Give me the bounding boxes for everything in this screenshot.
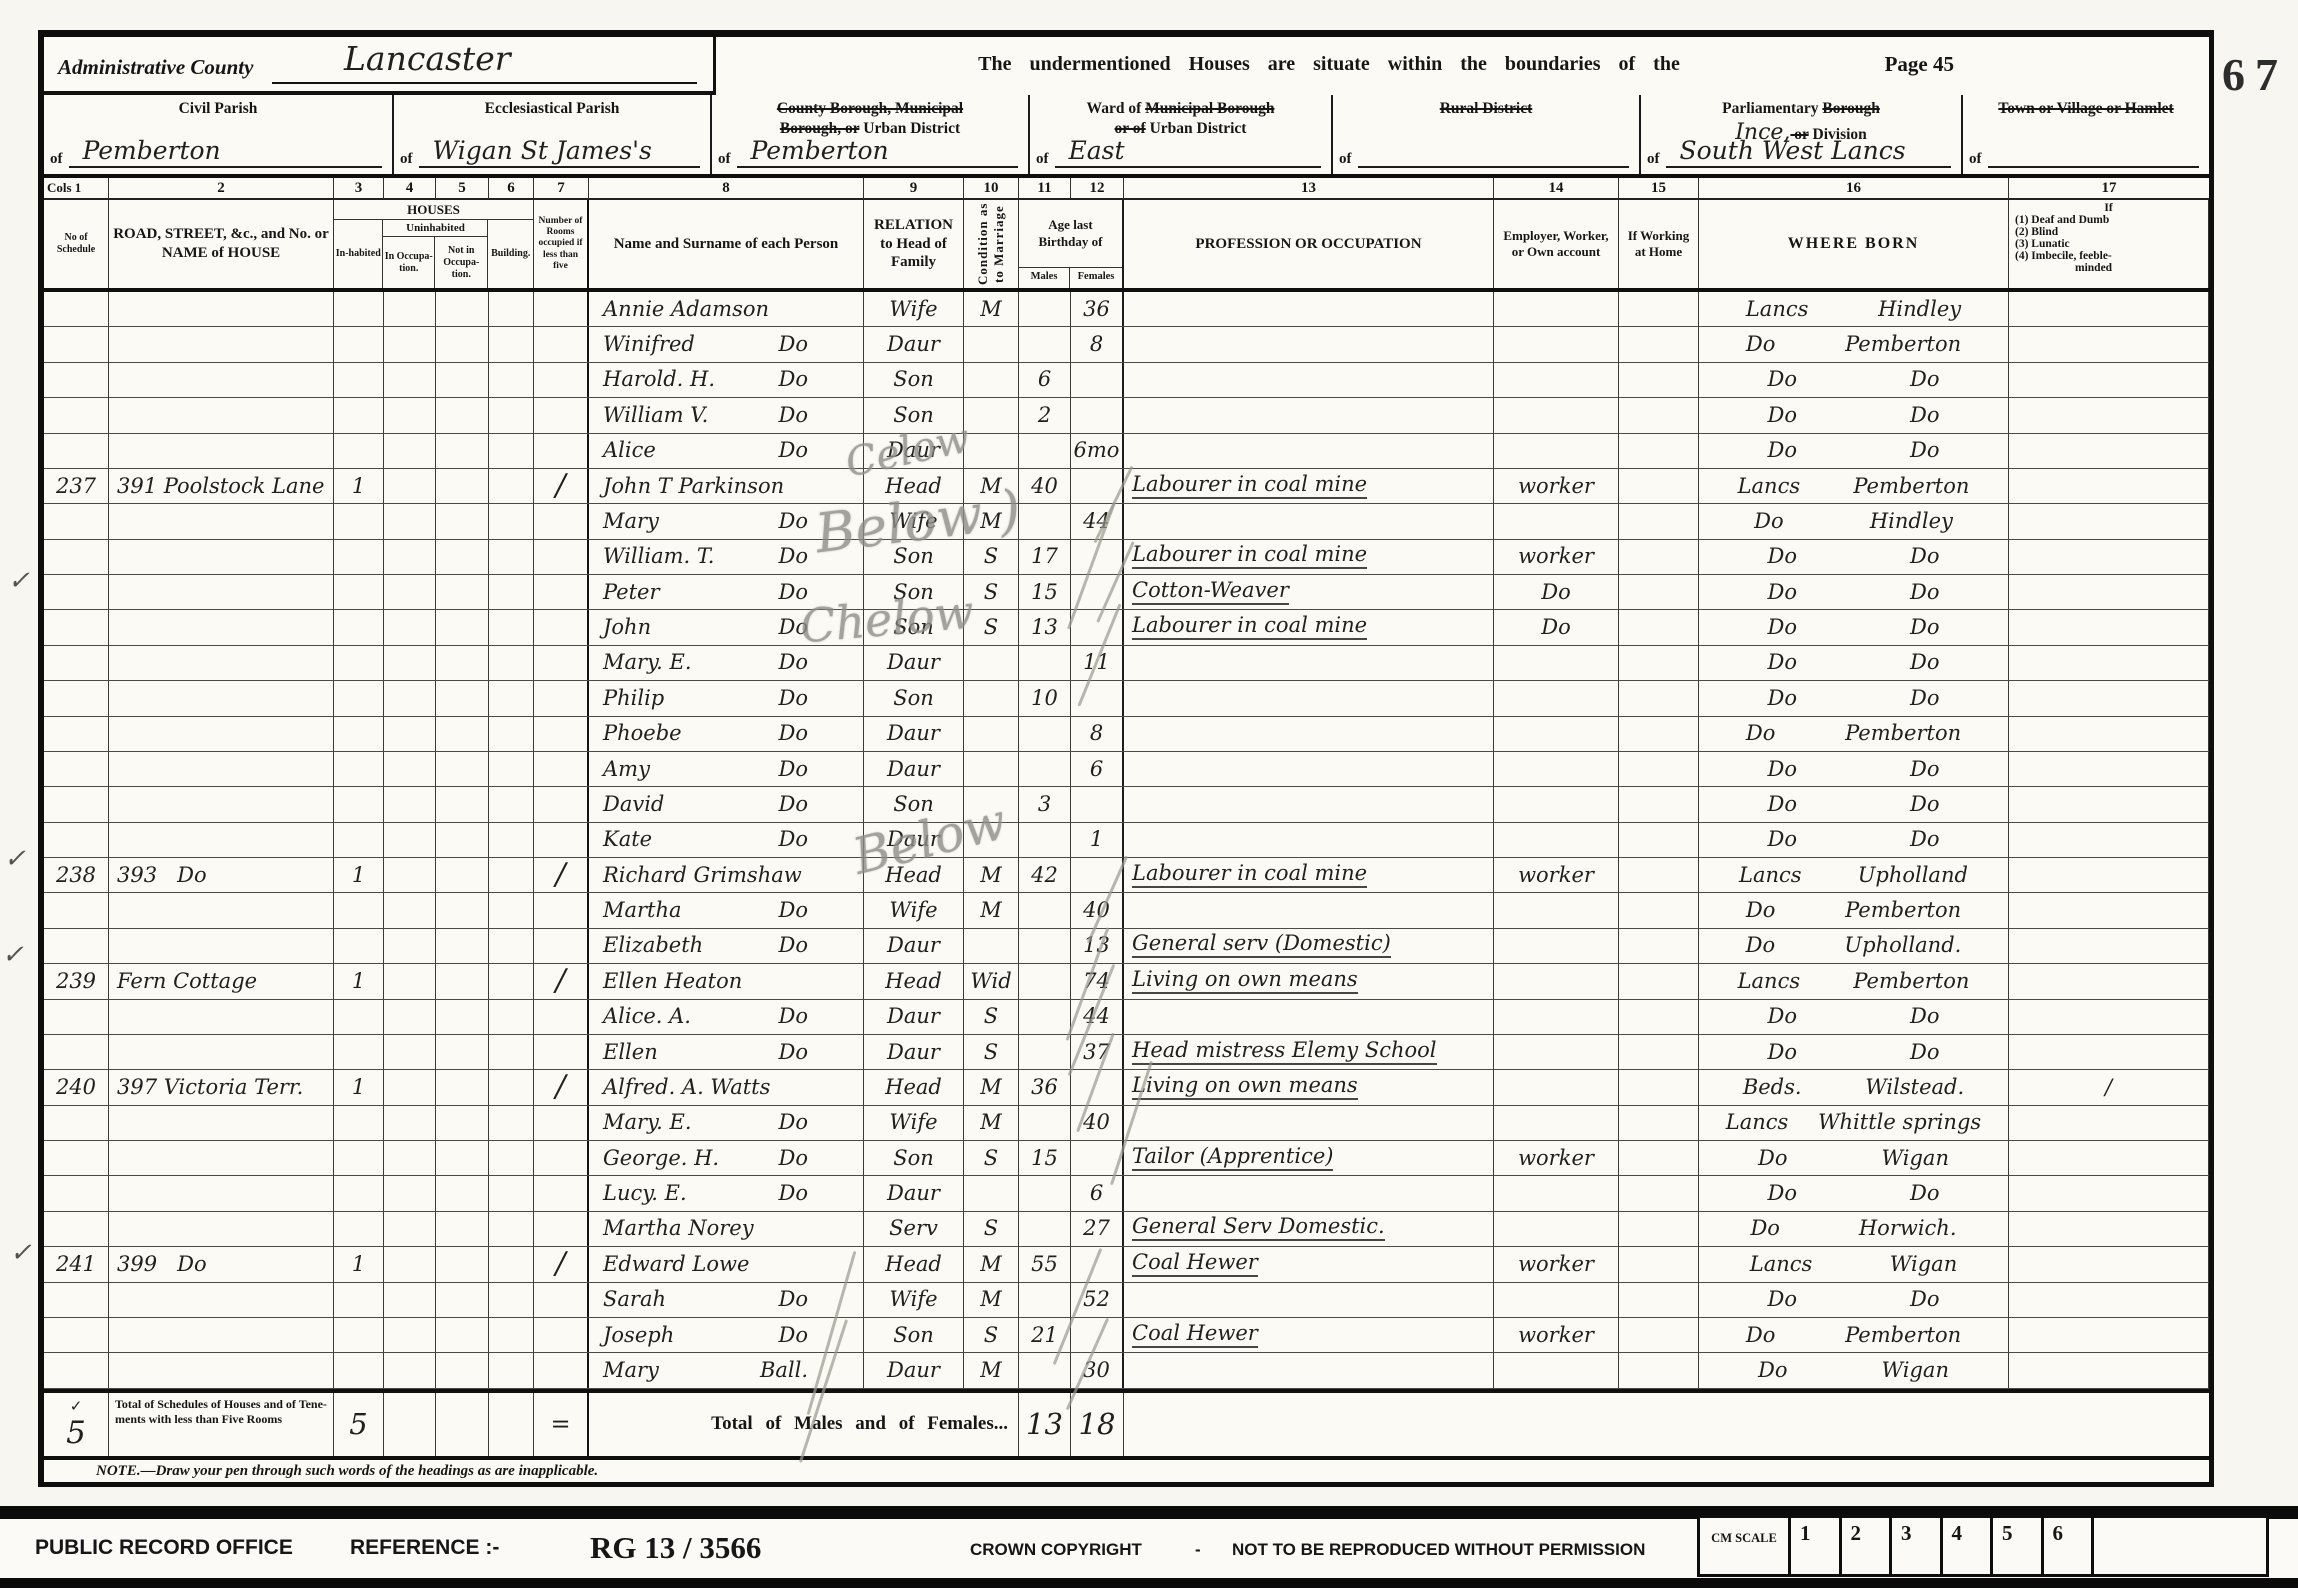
cell-where-born: DoWigan <box>1699 1353 2009 1387</box>
cell-inhabited <box>334 893 384 927</box>
cell-inhabited: 1 <box>334 964 384 998</box>
cell-building <box>489 1176 534 1210</box>
cell-age-female: 6 <box>1071 1176 1124 1210</box>
column-number: 10 <box>964 178 1019 198</box>
cell-building <box>489 434 534 468</box>
cell-condition: S <box>964 1000 1019 1034</box>
cell-working-at-home <box>1619 434 1699 468</box>
cell-schedule: 240 <box>44 1070 109 1104</box>
cell-age-male: 15 <box>1019 1141 1071 1175</box>
cell-age-male <box>1019 717 1071 751</box>
cell-age-female <box>1071 681 1124 715</box>
cell-building <box>489 858 534 892</box>
cell-rooms <box>534 363 589 397</box>
cell-uninhabited-not-in-occupation <box>436 1283 489 1317</box>
cell-working-at-home <box>1619 787 1699 821</box>
cell-uninhabited-not-in-occupation <box>436 964 489 998</box>
cell-profession: Living on own means <box>1124 964 1494 998</box>
cell-age-male <box>1019 504 1071 538</box>
cell-condition <box>964 434 1019 468</box>
cell-rooms <box>534 646 589 680</box>
cell-building <box>489 327 534 361</box>
cell-schedule <box>44 1318 109 1352</box>
cell-uninhabited-not-in-occupation <box>436 575 489 609</box>
cell-uninhabited-in-occupation <box>384 434 436 468</box>
cell-uninhabited-not-in-occupation <box>436 681 489 715</box>
cell-infirmity <box>2009 575 2209 609</box>
cell-age-male <box>1019 964 1071 998</box>
cell-uninhabited-in-occupation <box>384 327 436 361</box>
census-rows: Annie AdamsonWifeM36LancsHindleyWinifred… <box>44 292 2209 1389</box>
cell-uninhabited-not-in-occupation <box>436 1070 489 1104</box>
cell-age-male <box>1019 292 1071 326</box>
cell-profession: General Serv Domestic. <box>1124 1212 1494 1246</box>
cell-infirmity <box>2009 893 2209 927</box>
cell-name: KateDo <box>589 823 864 857</box>
cell-building <box>489 1035 534 1069</box>
cell-age-male: 10 <box>1019 681 1071 715</box>
cell-relation: Head <box>864 964 964 998</box>
cell-working-at-home <box>1619 1000 1699 1034</box>
cell-building <box>489 787 534 821</box>
cell-building <box>489 893 534 927</box>
cell-infirmity <box>2009 469 2209 503</box>
cell-relation: Son <box>864 1318 964 1352</box>
cell-name: JosephDo <box>589 1318 864 1352</box>
cell-infirmity <box>2009 1176 2209 1210</box>
cell-address <box>109 1176 334 1210</box>
col-header-condition: Condition as to Marriage <box>964 200 1019 288</box>
of-label: of <box>1969 151 1982 168</box>
cell-where-born: DoUpholland. <box>1699 929 2009 963</box>
totals-schedule-cell: ✓ 5 <box>44 1393 109 1456</box>
cell-rooms <box>534 929 589 963</box>
cell-working-at-home <box>1619 858 1699 892</box>
cell-uninhabited-in-occupation <box>384 1353 436 1387</box>
cell-rooms <box>534 1283 589 1317</box>
cell-age-male <box>1019 1212 1071 1246</box>
cell-age-female: 6mo <box>1071 434 1124 468</box>
cell-infirmity <box>2009 717 2209 751</box>
of-label: of <box>1036 151 1049 168</box>
cell-infirmity <box>2009 540 2209 574</box>
cell-working-at-home <box>1619 717 1699 751</box>
cell-working-at-home <box>1619 504 1699 538</box>
cell-uninhabited-not-in-occupation <box>436 858 489 892</box>
cell-uninhabited-not-in-occupation <box>436 610 489 644</box>
cell-uninhabited-not-in-occupation <box>436 752 489 786</box>
cell-where-born: DoPemberton <box>1699 893 2009 927</box>
cell-employer <box>1494 292 1619 326</box>
cell-inhabited <box>334 540 384 574</box>
cell-inhabited <box>334 363 384 397</box>
cell-inhabited <box>334 681 384 715</box>
cell-where-born: LancsPemberton <box>1699 469 2009 503</box>
cell-uninhabited-not-in-occupation <box>436 1141 489 1175</box>
cm-scale-cell: 4 <box>1940 1515 1994 1577</box>
cell-uninhabited-not-in-occupation <box>436 1176 489 1210</box>
cell-infirmity <box>2009 1247 2209 1281</box>
col-header-where-born: WHERE BORN <box>1699 200 2009 288</box>
cell-profession <box>1124 1106 1494 1140</box>
cell-inhabited: 1 <box>334 469 384 503</box>
cell-infirmity <box>2009 787 2209 821</box>
cell-uninhabited-in-occupation <box>384 504 436 538</box>
column-number: 8 <box>589 178 864 198</box>
cell-employer <box>1494 1212 1619 1246</box>
cell-employer <box>1494 1070 1619 1104</box>
cell-age-female <box>1071 363 1124 397</box>
cell-relation: Daur <box>864 1176 964 1210</box>
cell-name: George. H.Do <box>589 1141 864 1175</box>
cell-uninhabited-not-in-occupation <box>436 398 489 432</box>
cell-relation: Son <box>864 540 964 574</box>
cell-where-born: DoDo <box>1699 610 2009 644</box>
cell-uninhabited-not-in-occupation <box>436 327 489 361</box>
cell-relation: Wife <box>864 893 964 927</box>
cell-rooms <box>534 717 589 751</box>
cell-inhabited <box>334 292 384 326</box>
table-body: Annie AdamsonWifeM36LancsHindleyWinifred… <box>44 292 2209 1485</box>
cell-address <box>109 610 334 644</box>
cell-working-at-home <box>1619 681 1699 715</box>
cell-rooms <box>534 434 589 468</box>
cell-inhabited <box>334 1035 384 1069</box>
cell-address <box>109 504 334 538</box>
of-label: of <box>718 151 731 168</box>
cell-inhabited <box>334 327 384 361</box>
cell-condition <box>964 398 1019 432</box>
cell-profession <box>1124 398 1494 432</box>
cell-uninhabited-in-occupation <box>384 1035 436 1069</box>
cell-schedule <box>44 327 109 361</box>
cell-building <box>489 1141 534 1175</box>
cell-condition <box>964 929 1019 963</box>
cell-profession <box>1124 327 1494 361</box>
census-row: 241399 Do1/Edward LoweHeadM55Coal Hewerw… <box>44 1247 2209 1282</box>
cell-where-born: DoDo <box>1699 1035 2009 1069</box>
cell-uninhabited-not-in-occupation <box>436 646 489 680</box>
cell-infirmity <box>2009 681 2209 715</box>
cell-relation: Head <box>864 1247 964 1281</box>
cell-profession: General serv (Domestic) <box>1124 929 1494 963</box>
cell-rooms <box>534 327 589 361</box>
cell-working-at-home <box>1619 540 1699 574</box>
cell-where-born: DoHindley <box>1699 504 2009 538</box>
census-row: ElizabethDoDaur13General serv (Domestic)… <box>44 929 2209 964</box>
cell-rooms <box>534 610 589 644</box>
cell-employer <box>1494 363 1619 397</box>
totals-females-count: 18 <box>1071 1393 1124 1456</box>
col-header-in-occupation: In Occupa-tion. <box>383 237 435 288</box>
cell-uninhabited-not-in-occupation <box>436 1000 489 1034</box>
cell-inhabited: 1 <box>334 1070 384 1104</box>
cell-name: AmyDo <box>589 752 864 786</box>
cell-address <box>109 1318 334 1352</box>
totals-empty-cell <box>489 1393 534 1456</box>
cell-name: Ellen Heaton <box>589 964 864 998</box>
cell-inhabited <box>334 1000 384 1034</box>
cell-profession <box>1124 787 1494 821</box>
cell-profession <box>1124 504 1494 538</box>
district-cell: Rural Districtof <box>1333 95 1641 174</box>
cell-schedule <box>44 398 109 432</box>
cell-profession: Labourer in coal mine <box>1124 469 1494 503</box>
column-number: 11 <box>1019 178 1071 198</box>
cell-name: MarthaDo <box>589 893 864 927</box>
cell-age-female: 74 <box>1071 964 1124 998</box>
totals-empty-cell <box>436 1393 489 1456</box>
cell-rooms: / <box>534 1070 589 1104</box>
cell-inhabited: 1 <box>334 1247 384 1281</box>
cell-relation: Son <box>864 787 964 821</box>
cell-age-female <box>1071 787 1124 821</box>
cell-inhabited <box>334 646 384 680</box>
totals-label: Total of Schedules of Houses and of Tene… <box>109 1393 334 1456</box>
cell-uninhabited-not-in-occupation <box>436 1247 489 1281</box>
margin-check-mark: ✓ <box>2 940 24 970</box>
column-number: Cols 1 <box>44 178 109 198</box>
cell-where-born: DoDo <box>1699 823 2009 857</box>
cell-infirmity <box>2009 858 2209 892</box>
cell-rooms: / <box>534 469 589 503</box>
cell-address: 397 Victoria Terr. <box>109 1070 334 1104</box>
cell-address <box>109 752 334 786</box>
cell-employer <box>1494 504 1619 538</box>
census-row: SarahDoWifeM52DoDo <box>44 1283 2209 1318</box>
cell-building <box>489 964 534 998</box>
cell-building <box>489 504 534 538</box>
cell-address <box>109 363 334 397</box>
col-header-schedule: No of Schedule <box>44 200 109 288</box>
cell-profession <box>1124 1353 1494 1387</box>
census-row: Lucy. E.DoDaur6DoDo <box>44 1176 2209 1211</box>
district-label: Civil Parish <box>44 99 392 119</box>
cell-relation: Daur <box>864 1035 964 1069</box>
cell-infirmity <box>2009 398 2209 432</box>
district-value: Pemberton <box>737 138 1019 168</box>
cell-relation: Wife <box>864 504 964 538</box>
cell-inhabited <box>334 398 384 432</box>
cell-address <box>109 540 334 574</box>
cell-inhabited <box>334 434 384 468</box>
cell-working-at-home <box>1619 398 1699 432</box>
cell-employer <box>1494 787 1619 821</box>
cell-working-at-home <box>1619 646 1699 680</box>
cell-schedule <box>44 1176 109 1210</box>
footer-separator: - <box>1195 1540 1201 1560</box>
district-value: East <box>1055 138 1322 168</box>
cell-infirmity <box>2009 434 2209 468</box>
census-row: MaryDoWifeM44DoHindley <box>44 504 2209 539</box>
totals-empty-cell <box>384 1393 436 1456</box>
col-header-infirmity: If(1) Deaf and Dumb(2) Blind(3) Lunatic(… <box>2009 200 2209 288</box>
cell-address: 393 Do <box>109 858 334 892</box>
cell-infirmity <box>2009 929 2209 963</box>
cell-name: EllenDo <box>589 1035 864 1069</box>
cell-where-born: DoDo <box>1699 398 2009 432</box>
cell-where-born: DoDo <box>1699 363 2009 397</box>
cell-infirmity <box>2009 1000 2209 1034</box>
cell-address <box>109 681 334 715</box>
cell-age-female: 8 <box>1071 327 1124 361</box>
cell-profession: Cotton-Weaver <box>1124 575 1494 609</box>
cell-inhabited <box>334 1141 384 1175</box>
archive-stamp: 67 <box>2222 48 2288 101</box>
column-number: 17 <box>2009 178 2209 198</box>
cell-condition: Wid <box>964 964 1019 998</box>
cm-scale-cell: 5 <box>1990 1515 2044 1577</box>
column-number: 2 <box>109 178 334 198</box>
cell-infirmity <box>2009 292 2209 326</box>
cell-building <box>489 1212 534 1246</box>
totals-check-mark: ✓ <box>70 1397 83 1415</box>
column-headers-row: No of Schedule ROAD, STREET, &c., and No… <box>44 200 2209 292</box>
footer-bar-bottom <box>0 1578 2298 1588</box>
cell-inhabited: 1 <box>334 858 384 892</box>
cm-scale-cell: 1 <box>1788 1515 1842 1577</box>
cell-employer: Do <box>1494 610 1619 644</box>
district-label: Rural District <box>1333 99 1639 119</box>
cell-where-born: LancsUpholland <box>1699 858 2009 892</box>
cell-schedule <box>44 1106 109 1140</box>
cell-relation: Son <box>864 681 964 715</box>
cell-rooms <box>534 1318 589 1352</box>
cell-age-male <box>1019 1106 1071 1140</box>
cell-condition: M <box>964 504 1019 538</box>
cell-rooms <box>534 1106 589 1140</box>
administrative-county-label: Administrative County <box>58 55 253 80</box>
census-row: Mary. E.DoDaur11DoDo <box>44 646 2209 681</box>
cell-schedule <box>44 610 109 644</box>
col-header-males: Males <box>1019 268 1070 288</box>
col-header-houses-group: HOUSES In-habited Uninhabited In Occupa-… <box>334 200 534 288</box>
cell-address <box>109 646 334 680</box>
cell-condition <box>964 681 1019 715</box>
cell-uninhabited-not-in-occupation <box>436 1353 489 1387</box>
cell-inhabited <box>334 1106 384 1140</box>
cell-name: Alfred. A. Watts <box>589 1070 864 1104</box>
cell-address <box>109 893 334 927</box>
cell-address <box>109 434 334 468</box>
cell-age-male <box>1019 929 1071 963</box>
cell-schedule: 238 <box>44 858 109 892</box>
cell-infirmity <box>2009 1106 2209 1140</box>
totals-schedule-count: 5 <box>66 1415 86 1451</box>
cell-infirmity <box>2009 610 2209 644</box>
col-header-working-at-home: If Working at Home <box>1619 200 1699 288</box>
cell-age-male <box>1019 823 1071 857</box>
cell-building <box>489 398 534 432</box>
cell-uninhabited-in-occupation <box>384 929 436 963</box>
administrative-county-value: Lancaster <box>344 39 511 78</box>
cell-relation: Wife <box>864 1283 964 1317</box>
cell-employer: worker <box>1494 1247 1619 1281</box>
administrative-county-underline <box>272 82 697 84</box>
totals-inhabited-count: 5 <box>334 1393 384 1456</box>
cell-building <box>489 1318 534 1352</box>
cell-uninhabited-in-occupation <box>384 964 436 998</box>
cell-uninhabited-not-in-occupation <box>436 434 489 468</box>
cell-relation: Son <box>864 575 964 609</box>
cell-uninhabited-in-occupation <box>384 787 436 821</box>
cell-rooms <box>534 1212 589 1246</box>
cell-uninhabited-in-occupation <box>384 1283 436 1317</box>
cell-uninhabited-in-occupation <box>384 646 436 680</box>
census-row: 239Fern Cottage1/Ellen HeatonHeadWid74Li… <box>44 964 2209 999</box>
cell-working-at-home <box>1619 469 1699 503</box>
cell-condition: S <box>964 1318 1019 1352</box>
cell-relation: Daur <box>864 646 964 680</box>
cell-employer <box>1494 681 1619 715</box>
cell-address <box>109 717 334 751</box>
cell-schedule <box>44 787 109 821</box>
cell-address <box>109 929 334 963</box>
of-label: of <box>1339 151 1352 168</box>
cell-employer <box>1494 398 1619 432</box>
margin-check-mark: ✓ <box>10 1238 32 1268</box>
cell-working-at-home <box>1619 929 1699 963</box>
column-number: 6 <box>489 178 534 198</box>
cell-building <box>489 823 534 857</box>
cell-age-male <box>1019 1353 1071 1387</box>
cell-employer: worker <box>1494 1318 1619 1352</box>
district-cell: Civil ParishofPemberton <box>44 95 394 174</box>
column-number: 15 <box>1619 178 1699 198</box>
cell-profession: Labourer in coal mine <box>1124 858 1494 892</box>
cell-building <box>489 610 534 644</box>
cell-where-born: LancsHindley <box>1699 292 2009 326</box>
census-row: PhoebeDoDaur8DoPemberton <box>44 717 2209 752</box>
cell-profession <box>1124 823 1494 857</box>
cell-profession: Tailor (Apprentice) <box>1124 1141 1494 1175</box>
district-value: Pemberton <box>69 138 383 168</box>
cell-where-born: LancsPemberton <box>1699 964 2009 998</box>
cell-where-born: DoPemberton <box>1699 327 2009 361</box>
cell-condition: M <box>964 1353 1019 1387</box>
cell-age-male: 2 <box>1019 398 1071 432</box>
cell-relation: Son <box>864 398 964 432</box>
cell-profession: Head mistress Elemy School <box>1124 1035 1494 1069</box>
cell-name: WinifredDo <box>589 327 864 361</box>
cell-uninhabited-in-occupation <box>384 893 436 927</box>
cell-name: Harold. H.Do <box>589 363 864 397</box>
cell-working-at-home <box>1619 1035 1699 1069</box>
cell-address <box>109 1000 334 1034</box>
cell-building <box>489 929 534 963</box>
cell-rooms <box>534 752 589 786</box>
cell-address <box>109 292 334 326</box>
cell-profession: Labourer in coal mine <box>1124 610 1494 644</box>
cell-schedule: 241 <box>44 1247 109 1281</box>
margin-check-mark: ✓ <box>8 566 30 596</box>
cell-uninhabited-in-occupation <box>384 1247 436 1281</box>
col-header-condition-label: Condition as to Marriage <box>975 202 1007 286</box>
margin-check-mark: ✓ <box>4 844 26 874</box>
cell-employer <box>1494 1106 1619 1140</box>
district-label: Ward of Municipal Boroughor of Urban Dis… <box>1030 99 1331 139</box>
cell-where-born: DoDo <box>1699 681 2009 715</box>
cell-relation: Head <box>864 469 964 503</box>
cell-employer <box>1494 717 1619 751</box>
col-header-uninhabited: Uninhabited <box>383 220 487 237</box>
census-row: William V.DoSon2DoDo <box>44 398 2209 433</box>
cell-age-female: 27 <box>1071 1212 1124 1246</box>
cell-schedule <box>44 1283 109 1317</box>
cell-age-male: 13 <box>1019 610 1071 644</box>
cell-uninhabited-not-in-occupation <box>436 787 489 821</box>
census-row: Martha NoreyServS27General Serv Domestic… <box>44 1212 2209 1247</box>
